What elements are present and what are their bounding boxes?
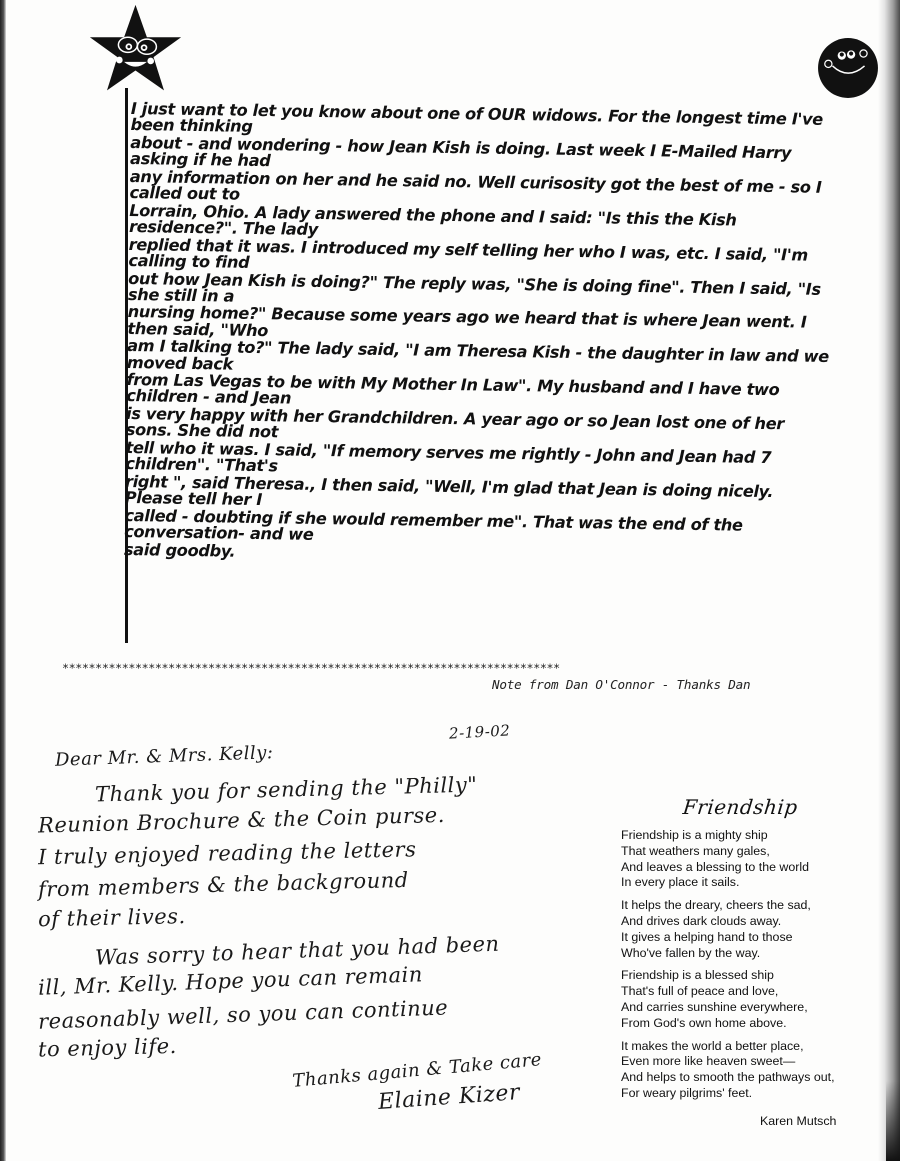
poem-line: In every place it sails. [621,875,861,891]
handwritten-signature: Elaine Kizer [377,1080,520,1115]
friendship-poem: Friendship is a mighty shipThat weathers… [621,828,861,1109]
star-face-icon [88,3,183,98]
poem-stanza: Friendship is a blessed shipThat's full … [621,968,861,1031]
poem-stanza: Friendship is a mighty shipThat weathers… [621,828,861,891]
poem-line: Even more like heaven sweet— [621,1054,861,1070]
poem-stanza: It helps the dreary, cheers the sad,And … [621,898,861,961]
scan-left-edge [0,0,6,1161]
smiley-ball-icon [817,37,879,99]
poem-line: And leaves a blessing to the world [621,860,861,876]
poem-line: For weary pilgrims' feet. [621,1086,861,1102]
poem-line: It helps the dreary, cheers the sad, [621,898,861,914]
poem-line: That's full of peace and love, [621,984,861,1000]
poem-line: That weathers many gales, [621,844,861,860]
poem-line: And carries sunshine everywhere, [621,1000,861,1016]
poem-line: Who've fallen by the way. [621,946,861,962]
handwritten-line: of their lives. [38,897,538,931]
poem-title: Friendship [682,795,799,819]
poem-author: Karen Mutsch [760,1114,836,1128]
poem-line: From God's own home above. [621,1016,861,1032]
handwritten-line: I truly enjoyed reading the letters [38,835,538,869]
handwritten-date: 2-19-02 [449,721,511,742]
handwritten-greeting: Dear Mr. & Mrs. Kelly: [55,742,274,771]
widow-update-letter: I just want to let you know about one of… [124,101,876,571]
note-credit: Note from Dan O'Connor - Thanks Dan [492,677,750,692]
poem-line: It gives a helping hand to those [621,930,861,946]
poem-line: And helps to smooth the pathways out, [621,1070,861,1086]
handwritten-line: from members & the background [38,864,538,901]
poem-stanza: It makes the world a better place,Even m… [621,1039,861,1102]
poem-line: Friendship is a blessed ship [621,968,861,984]
poem-line: And drives dark clouds away. [621,914,861,930]
scan-right-edge [878,0,900,1161]
separator-asterisks: ****************************************… [62,661,560,675]
poem-line: Friendship is a mighty ship [621,828,861,844]
poem-line: It makes the world a better place, [621,1039,861,1055]
